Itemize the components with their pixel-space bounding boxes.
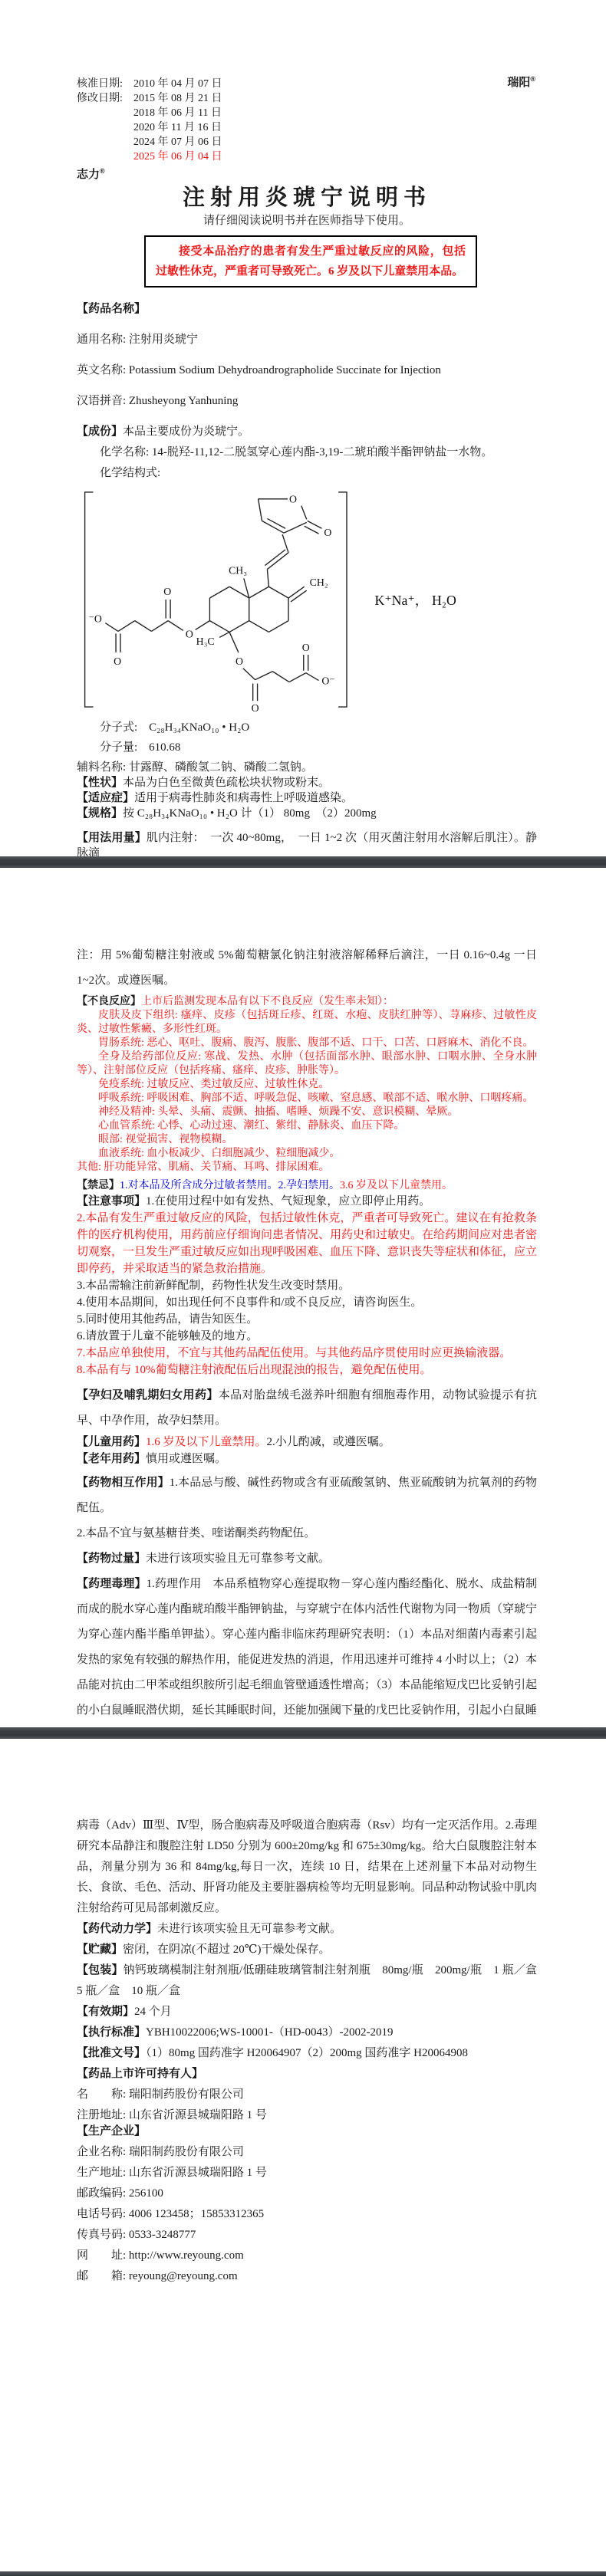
revision-date-row-latest: 2025 年 06 月 04 日	[77, 149, 537, 164]
section-label: 【成份】	[77, 426, 123, 438]
revision-date-value: 2015 年 08 月 21 日	[133, 91, 222, 106]
section-label: 【药理毒理】	[77, 1578, 147, 1590]
text-run: 1.在使用过程中如有发热、气短现象，应立即停止用药。	[146, 1195, 430, 1207]
text-run: 本品主要成份为炎琥宁。	[123, 426, 249, 438]
section-label: 【儿童用药】	[77, 1436, 146, 1448]
section-label: 【有效期】	[77, 2006, 134, 2018]
text-run: 2.本品有发生严重过敏反应的风险，包括过敏性休克，严重者可导致死亡。建议在有抢救…	[77, 1212, 537, 1275]
paragraph: 3.本品需输注前新鲜配制，药物性状发生改变时禁用。	[77, 1277, 537, 1294]
text-run: 心血管系统: 心悸、心动过速、潮红、紫绀、静脉炎、血压下降。	[98, 1120, 404, 1132]
warning-text: 接受本品治疗的患者有发生严重过敏反应的风险，包括过敏性休克，严重者可导致死亡。6…	[156, 242, 466, 281]
text-run: 名 称: 瑞阳制药股份有限公司	[77, 2088, 244, 2101]
text-run: 6.请放置于儿童不能够触及的地方。	[77, 1330, 258, 1342]
page-separator	[0, 1727, 606, 1739]
text-run: 化学结构式:	[100, 467, 160, 479]
text-run: 邮 箱: reyoung@reyoung.com	[77, 2270, 238, 2282]
left-bracket	[85, 492, 94, 707]
page-2: 注：用 5%葡萄糖注射液或 5%葡萄糖氯化钠注射液溶解稀释后滴注，一日 0.16…	[0, 868, 606, 1727]
section-label: 【孕妇及哺乳期妇女用药】	[77, 1389, 219, 1401]
paragraph: 分子量: 610.68	[77, 740, 537, 755]
text-run: 密闭，在阴凉(不超过 20℃)干燥处保存。	[123, 1944, 331, 1956]
paragraph: 【规格】按 C₂₈H₃₄KNaO₁₀ • H₂O 计（1） 80mg （2）20…	[77, 806, 537, 821]
warning-box: 接受本品治疗的患者有发生严重过敏反应的风险，包括过敏性休克，严重者可导致死亡。6…	[144, 235, 477, 287]
section-label: 【药物过量】	[77, 1552, 146, 1565]
text-run: 钠钙玻璃模制注射剂瓶/低硼硅玻璃管制注射剂瓶 80mg/瓶 200mg/瓶 1 …	[77, 1964, 548, 1997]
text-run: 辅料名称: 甘露醇、磷酸氢二钠、磷酸二氢钠。	[77, 761, 313, 774]
text-run: 未进行该项实验且无可靠参考文献。	[157, 1923, 341, 1935]
revision-date-row: 2024 年 07 月 06 日	[77, 135, 537, 149]
carboxylate-oxygen-label: O⁻	[321, 675, 334, 687]
text-run: 本品为白色至微黄色疏松块状物或粉末。	[123, 777, 330, 789]
text-run: 注册地址: 山东省沂源县城瑞阳路 1 号	[77, 2109, 267, 2121]
paragraph: 【不良反应】上市后监测发现本品有以下不良反应（发生率未知）：	[77, 995, 537, 1009]
text-run: 呼吸系统: 呼吸困难、胸部不适、呼吸急促、咳嗽、窒息感、喉部不适、喉水肿、口咽疼…	[98, 1092, 533, 1104]
text-run: 胃肠系统: 恶心、呕吐、腹痛、腹泻、腹胀、腹部不适、口干、口苦、口唇麻木、消化不…	[98, 1037, 533, 1049]
section-label: 【不良反应】	[77, 996, 141, 1007]
paragraph: 免疫系统: 过敏反应、类过敏反应、过敏性休克。	[77, 1078, 537, 1092]
paragraph: 【注意事项】1.在使用过程中如有发热、气短现象，应立即停止用药。	[77, 1193, 537, 1210]
paragraph: 胃肠系统: 恶心、呕吐、腹痛、腹泻、腹胀、腹部不适、口干、口苦、口唇麻木、消化不…	[77, 1037, 537, 1050]
paragraph: 呼吸系统: 呼吸困难、胸部不适、呼吸急促、咳嗽、窒息感、喉部不适、喉水肿、口咽疼…	[77, 1092, 537, 1106]
paragraph: 眼部: 视觉损害、视物模糊。	[77, 1133, 537, 1147]
paragraph: 【成份】本品主要成份为炎琥宁。	[77, 424, 537, 439]
text-run: 未进行该项实验且无可靠参考文献。	[146, 1552, 330, 1565]
text-run: 肌内注射： 一次 40~80mg， 一日 1~2 次（用灭菌注射用水溶解后肌注）…	[77, 832, 537, 856]
paragraph: 【药理毒理】1.药理作用 本品系植物穿心莲提取物－穿心莲内酯经酯化、脱水、成盐精…	[77, 1572, 537, 1727]
oxygen-label: O	[252, 702, 259, 713]
text-run: 病毒（Adv）Ⅲ型、Ⅳ型，肠合胞病毒及呼吸道合胞病毒（Rsv）均有一定灭活作用。…	[77, 1819, 537, 1914]
revision-date-value: 2020 年 11 月 16 日	[133, 120, 222, 135]
oxygen-label: O	[163, 586, 171, 597]
section-label: 【药品名称】	[77, 303, 146, 315]
page-3: 病毒（Adv）Ⅲ型、Ⅳ型，肠合胞病毒及呼吸道合胞病毒（Rsv）均有一定灭活作用。…	[0, 1739, 606, 2571]
paragraph: 【药品上市许可持有人】	[77, 2064, 537, 2085]
section-label: 【禁忌】	[77, 1180, 120, 1191]
paragraph: 病毒（Adv）Ⅲ型、Ⅳ型，肠合胞病毒及呼吸道合胞病毒（Rsv）均有一定灭活作用。…	[77, 1815, 537, 1919]
paragraph: 【药物相互作用】1.本品忌与酸、碱性药物或含有亚硫酸氢钠、焦亚硫酸钠为抗氧剂的药…	[77, 1470, 537, 1521]
paragraph: 分子式: C₂₈H₃₄KNaO₁₀ • H₂O	[77, 720, 537, 735]
section-label: 【药品上市许可持有人】	[77, 2068, 203, 2080]
page-1: 瑞阳® 核准日期: 2010 年 04 月 07 日 修改日期: 2015 年 …	[0, 0, 606, 856]
document-subtitle: 请仔细阅读说明书并在医师指导下使用。	[77, 212, 537, 229]
registered-mark-icon: ®	[530, 75, 535, 83]
paragraph: 【儿童用药】1.6 岁及以下儿童禁用。2.小儿酌减，或遵医嘱。	[77, 1434, 537, 1451]
paragraph: 传真号码: 0533-3248777	[77, 2225, 537, 2246]
paragraph: 【药物过量】未进行该项实验且无可靠参考文献。	[77, 1546, 537, 1572]
text-run: 全身及给药部位反应: 寒战、发热、水肿（包括面部水肿、眼部水肿、口咽水肿、全身水…	[77, 1051, 537, 1076]
paragraph: 皮肤及皮下组织: 瘙痒、皮疹（包括斑丘疹、红斑、水疱、皮肤红肿等）、荨麻疹、过敏…	[77, 1009, 537, 1037]
text-run: 分子量: 610.68	[100, 741, 180, 754]
paragraph: 血液系统: 血小板减少、白细胞减少、粒细胞减少。	[77, 1147, 537, 1161]
text-run: 5.同时使用其他药品，请告知医生。	[77, 1313, 258, 1326]
methylene-label: CH₂	[310, 577, 328, 588]
revision-date-value: 2024 年 07 月 06 日	[133, 135, 222, 149]
paragraph: 8.本品有与 10%葡萄糖注射液配伍后出现混浊的报告，避免配伍使用。	[77, 1362, 537, 1378]
text-run: 电话号码: 4006 123458；15853312365	[77, 2208, 264, 2220]
section-label: 【规格】	[77, 807, 123, 820]
text-run: 1.对本品及所含成分过敏者禁用。2.孕妇禁用。	[120, 1180, 340, 1191]
approval-date-row: 核准日期: 2010 年 04 月 07 日	[77, 77, 537, 91]
paragraph: 神经及精神: 头晕、头痛、震颤、抽搐、嗜睡、烦躁不安、意识模糊、晕厥。	[77, 1106, 537, 1119]
paragraph: 2.本品有发生严重过敏反应的风险，包括过敏性休克，严重者可导致死亡。建议在有抢救…	[77, 1210, 537, 1277]
text-run: 眼部: 视觉损害、视物模糊。	[98, 1134, 232, 1145]
text-run: 8.本品有与 10%葡萄糖注射液配伍后出现混浊的报告，避免配伍使用。	[77, 1364, 432, 1376]
paragraph: 【批准文号】（1）80mg 国药准字 H20064907（2）200mg 国药准…	[77, 2043, 537, 2064]
text-run: 2.小儿酌减，或遵医嘱。	[267, 1436, 390, 1448]
counter-ion-label: K⁺Na⁺， H₂O	[375, 593, 456, 608]
text-run: 免疫系统: 过敏反应、类过敏反应、过敏性休克。	[98, 1079, 329, 1090]
right-bracket	[338, 492, 347, 707]
paragraph: 通用名称: 注射用炎琥宁	[77, 332, 537, 347]
text-run: YBH10022006;WS-10001-（HD-0043）-2002-2019	[146, 2026, 393, 2039]
text-run: 1.药理作用 本品系植物穿心莲提取物－穿心莲内酯经酯化、脱水、成盐精制而成的脱水…	[77, 1578, 537, 1727]
text-run: 血液系统: 血小板减少、白细胞减少、粒细胞减少。	[98, 1148, 340, 1159]
paragraph: 邮政编码: 256100	[77, 2183, 537, 2204]
text-run: 按 C₂₈H₃₄KNaO₁₀ • H₂O 计（1） 80mg （2）200mg	[123, 807, 377, 820]
text-run: 上市后监测发现本品有以下不良反应（发生率未知）：	[141, 996, 394, 1007]
section-label: 【贮藏】	[77, 1944, 123, 1956]
section-label: 【药代动力学】	[77, 1923, 157, 1935]
paragraph: 7.本品应单独使用，不宜与其他药品配伍使用。与其他药品序贯使用时应更换输液器。	[77, 1345, 537, 1362]
paragraph: 【性状】本品为白色至微黄色疏松块状物或粉末。	[77, 775, 537, 790]
brand-text: 志力	[77, 168, 100, 181]
paragraph: 6.请放置于儿童不能够触及的地方。	[77, 1328, 537, 1345]
page1-bottom-paragraphs: 分子式: C₂₈H₃₄KNaO₁₀ • H₂O分子量: 610.68辅料名称: …	[77, 720, 537, 856]
text-run: 化学名称: 14-脱羟-11,12-二脱氢穿心莲内酯-3,19-二琥珀酸半酯钾钠…	[100, 446, 492, 458]
document-title: 注射用炎琥宁说明书	[77, 185, 537, 211]
text-run: 英文名称: Potassium Sodium Dehydroandrograph…	[77, 364, 441, 376]
revision-date-row: 修改日期: 2015 年 08 月 21 日	[77, 91, 537, 106]
revision-date-value: 2018 年 06 月 11 日	[133, 106, 222, 120]
page1-top-paragraphs: 【药品名称】通用名称: 注射用炎琥宁英文名称: Potassium Sodium…	[77, 301, 537, 481]
paragraph: 【执行标准】YBH10022006;WS-10001-（HD-0043）-200…	[77, 2022, 537, 2043]
approval-date-label: 核准日期:	[77, 77, 133, 91]
approval-date-value: 2010 年 04 月 07 日	[133, 77, 222, 91]
text-run: 网 址: http://www.reyoung.com	[77, 2249, 244, 2262]
text-run: 邮政编码: 256100	[77, 2187, 163, 2200]
revision-date-row: 2020 年 11 月 16 日	[77, 120, 537, 135]
text-run: 适用于病毒性肺炎和病毒性上呼吸道感染。	[134, 792, 353, 804]
brand-text: 瑞阳	[507, 76, 530, 89]
brand-logo-zhili: 志力®	[77, 166, 537, 182]
section-label: 【生产企业】	[77, 2125, 146, 2137]
paragraph: 企业名称: 瑞阳制药股份有限公司	[77, 2142, 537, 2163]
ester-oxygen-label: O	[235, 655, 243, 667]
page3-paragraphs: 病毒（Adv）Ⅲ型、Ⅳ型，肠合胞病毒及呼吸道合胞病毒（Rsv）均有一定灭活作用。…	[0, 1739, 606, 2287]
text-run: 通用名称: 注射用炎琥宁	[77, 333, 198, 346]
text-run: 3.本品需输注前新鲜配制，药物性状发生改变时禁用。	[77, 1280, 350, 1292]
page-separator	[0, 2571, 606, 2576]
page2-paragraphs: 注：用 5%葡萄糖注射液或 5%葡萄糖氯化钠注射液溶解稀释后滴注，一日 0.16…	[0, 868, 606, 1727]
section-label: 【用法用量】	[77, 832, 147, 844]
text-run: 汉语拼音: Zhusheyong Yanhuning	[77, 395, 238, 407]
paragraph: 名 称: 瑞阳制药股份有限公司	[77, 2085, 537, 2105]
text-run: 3.6 岁及以下儿童禁用。	[340, 1180, 453, 1191]
paragraph: 汉语拼音: Zhusheyong Yanhuning	[77, 393, 537, 409]
text-run: 2.本品不宜与氨基糖苷类、喹诺酮类药物配伍。	[77, 1527, 315, 1539]
paragraph: 注：用 5%葡萄糖注射液或 5%葡萄糖氯化钠注射液溶解稀释后滴注，一日 0.16…	[77, 943, 537, 994]
oxygen-label: O	[324, 527, 331, 538]
section-label: 【适应症】	[77, 792, 134, 804]
chemical-structure-diagram: O O CH₃ CH₂ O O ⁻O O H₃C O O O O⁻ K⁺Na⁺，…	[75, 486, 537, 717]
methyl-label: H₃C	[196, 636, 215, 647]
paragraph: 【孕妇及哺乳期妇女用药】本品对胎盘绒毛滋养叶细胞有细胞毒作用，动物试验提示有抗早…	[77, 1383, 537, 1434]
paragraph: 【禁忌】1.对本品及所含成分过敏者禁用。2.孕妇禁用。3.6 岁及以下儿童禁用。	[77, 1179, 537, 1193]
paragraph: 辅料名称: 甘露醇、磷酸氢二钠、磷酸二氢钠。	[77, 760, 537, 775]
text-run: 4.使用本品期间，如出现任何不良事件和/或不良反应，请咨询医生。	[77, 1296, 422, 1309]
text-run: （1）80mg 国药准字 H20064907（2）200mg 国药准字 H200…	[146, 2047, 468, 2059]
text-run: 7.本品应单独使用，不宜与其他药品配伍使用。与其他药品序贯使用时应更换输液器。	[77, 1347, 511, 1359]
oxygen-label: O	[114, 655, 121, 667]
paragraph: 【生产企业】	[77, 2121, 537, 2142]
section-label: 【包装】	[77, 1964, 124, 1976]
section-label: 【批准文号】	[77, 2047, 146, 2059]
revision-date-row: 2018 年 06 月 11 日	[77, 106, 537, 120]
paragraph: 2.本品不宜与氨基糖苷类、喹诺酮类药物配伍。	[77, 1521, 537, 1546]
text-run: 1.6 岁及以下儿童禁用。	[146, 1436, 267, 1448]
paragraph: 生产地址: 山东省沂源县城瑞阳路 1 号	[77, 2163, 537, 2183]
drug-leaflet-document: { "colors": {"red": "#f01414", "blue": "…	[0, 0, 606, 2576]
text-run: 神经及精神: 头晕、头痛、震颤、抽搐、嗜睡、烦躁不安、意识模糊、晕厥。	[98, 1106, 458, 1118]
paragraph: 【药品名称】	[77, 301, 537, 317]
oxygen-label: O	[289, 494, 297, 505]
brand-logo-ruiyang: 瑞阳®	[507, 74, 535, 90]
date-block: 核准日期: 2010 年 04 月 07 日 修改日期: 2015 年 08 月…	[77, 0, 537, 164]
paragraph: 电话号码: 4006 123458；15853312365	[77, 2204, 537, 2225]
paragraph: 4.使用本品期间，如出现任何不良事件和/或不良反应，请咨询医生。	[77, 1294, 537, 1311]
paragraph: 英文名称: Potassium Sodium Dehydroandrograph…	[77, 363, 537, 378]
text-run: 24 个月	[134, 2006, 172, 2018]
section-label: 【注意事项】	[77, 1195, 146, 1207]
paragraph: 网 址: http://www.reyoung.com	[77, 2246, 537, 2266]
text-run: 传真号码: 0533-3248777	[77, 2229, 196, 2241]
paragraph: 心血管系统: 心悸、心动过速、潮红、紫绀、静脉炎、血压下降。	[77, 1119, 537, 1133]
text-run: 注：用 5%葡萄糖注射液或 5%葡萄糖氯化钠注射液溶解稀释后滴注，一日 0.16…	[77, 949, 537, 987]
chemical-structure-svg: O O CH₃ CH₂ O O ⁻O O H₃C O O O O⁻ K⁺Na⁺，…	[75, 486, 505, 713]
paragraph: 【老年用药】慎用或遵医嘱。	[77, 1451, 537, 1467]
text-run: 皮肤及皮下组织: 瘙痒、皮疹（包括斑丘疹、红斑、水疱、皮肤红肿等）、荨麻疹、过敏…	[77, 1010, 537, 1035]
paragraph: 邮 箱: reyoung@reyoung.com	[77, 2266, 537, 2287]
registered-mark-icon: ®	[100, 167, 105, 175]
revision-date-value: 2025 年 06 月 04 日	[133, 149, 222, 164]
paragraph: 【贮藏】密闭，在阴凉(不超过 20℃)干燥处保存。	[77, 1940, 537, 1960]
text-run: 其他: 肝功能异常、肌痛、关节痛、耳鸣、排尿困难。	[77, 1161, 329, 1173]
section-label: 【老年用药】	[77, 1453, 146, 1465]
text-run: 生产地址: 山东省沂源县城瑞阳路 1 号	[77, 2167, 267, 2179]
paragraph: 全身及给药部位反应: 寒战、发热、水肿（包括面部水肿、眼部水肿、口咽水肿、全身水…	[77, 1050, 537, 1078]
paragraph: 【包装】钠钙玻璃模制注射剂瓶/低硼硅玻璃管制注射剂瓶 80mg/瓶 200mg/…	[77, 1960, 537, 2002]
paragraph: 化学名称: 14-脱羟-11,12-二脱氢穿心莲内酯-3,19-二琥珀酸半酯钾钠…	[77, 445, 537, 460]
text-run: 慎用或遵医嘱。	[146, 1453, 226, 1465]
section-label: 【执行标准】	[77, 2026, 146, 2039]
revision-date-label: 修改日期:	[77, 91, 133, 106]
paragraph: 【适应症】适用于病毒性肺炎和病毒性上呼吸道感染。	[77, 790, 537, 806]
section-label: 【性状】	[77, 777, 123, 789]
oxygen-label: O	[302, 642, 310, 653]
text-run: 企业名称: 瑞阳制药股份有限公司	[77, 2146, 244, 2158]
paragraph: 【用法用量】肌内注射： 一次 40~80mg， 一日 1~2 次（用灭菌注射用水…	[77, 830, 537, 856]
paragraph: 【药代动力学】未进行该项实验且无可靠参考文献。	[77, 1919, 537, 1940]
page-separator	[0, 856, 606, 868]
text-run: 分子式: C₂₈H₃₄KNaO₁₀ • H₂O	[100, 721, 249, 734]
section-label: 【药物相互作用】	[77, 1477, 170, 1489]
methyl-label: CH₃	[229, 564, 247, 576]
paragraph: 其他: 肝功能异常、肌痛、关节痛、耳鸣、排尿困难。	[77, 1161, 537, 1175]
paragraph: 5.同时使用其他药品，请告知医生。	[77, 1311, 537, 1328]
paragraph: 【有效期】24 个月	[77, 2002, 537, 2022]
ester-oxygen-label: O	[186, 628, 193, 639]
carboxylate-oxygen-label: ⁻O	[89, 613, 102, 625]
paragraph: 化学结构式:	[77, 465, 537, 481]
